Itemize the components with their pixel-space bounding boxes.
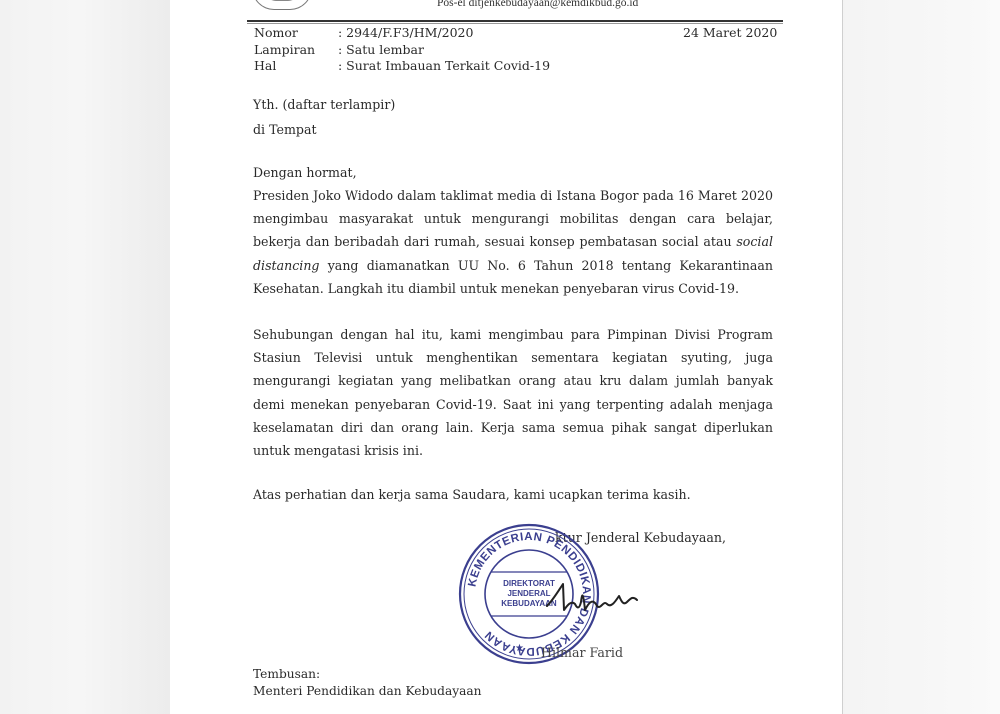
letterhead-contact: Pos-el ditjenkebudayaan@kemdikbud.go.id [437,0,638,9]
address-line-2: di Tempat [253,117,395,142]
recipient-address: Yth. (daftar terlampir) di Tempat [253,92,395,142]
meta-label: Hal [254,58,338,75]
ministry-logo-icon [252,0,312,10]
paragraph-1: Presiden Joko Widodo dalam taklimat medi… [253,184,773,300]
letterhead-divider-thin [247,23,783,24]
paragraph-3: Atas perhatian dan kerja sama Saudara, k… [253,483,773,506]
cc-label: Tembusan: [253,666,482,683]
background-right [845,0,1000,714]
letterhead-divider [247,20,783,22]
meta-value: : Surat Imbauan Terkait Covid-19 [338,58,550,75]
meta-label: Nomor [254,25,338,42]
letter-date: 24 Maret 2020 [683,25,777,40]
cc-recipient: Menteri Pendidikan dan Kebudayaan [253,683,482,700]
paragraph-1-text-end: yang diamanatkan UU No. 6 Tahun 2018 ten… [253,258,773,296]
meta-row-nomor: Nomor : 2944/F.F3/HM/2020 [254,25,550,42]
letter-page: Pos-el ditjenkebudayaan@kemdikbud.go.id … [170,0,843,714]
greeting: Dengan hormat, [253,161,773,184]
letter-meta: Nomor : 2944/F.F3/HM/2020 Lampiran : Sat… [254,25,550,75]
handwritten-signature [545,580,655,620]
signer-name: Hilmar Farid [541,645,623,660]
meta-row-lampiran: Lampiran : Satu lembar [254,42,550,59]
address-line-1: Yth. (daftar terlampir) [253,92,395,117]
meta-value: : 2944/F.F3/HM/2020 [338,25,473,42]
meta-label: Lampiran [254,42,338,59]
carbon-copy: Tembusan: Menteri Pendidikan dan Kebuday… [253,666,482,700]
stamp-star-icon: ★ [515,643,524,654]
paragraph-1-text: Presiden Joko Widodo dalam taklimat medi… [253,188,773,249]
meta-row-hal: Hal : Surat Imbauan Terkait Covid-19 [254,58,550,75]
meta-value: : Satu lembar [338,42,424,59]
paragraph-2: Sehubungan dengan hal itu, kami mengimba… [253,323,773,462]
